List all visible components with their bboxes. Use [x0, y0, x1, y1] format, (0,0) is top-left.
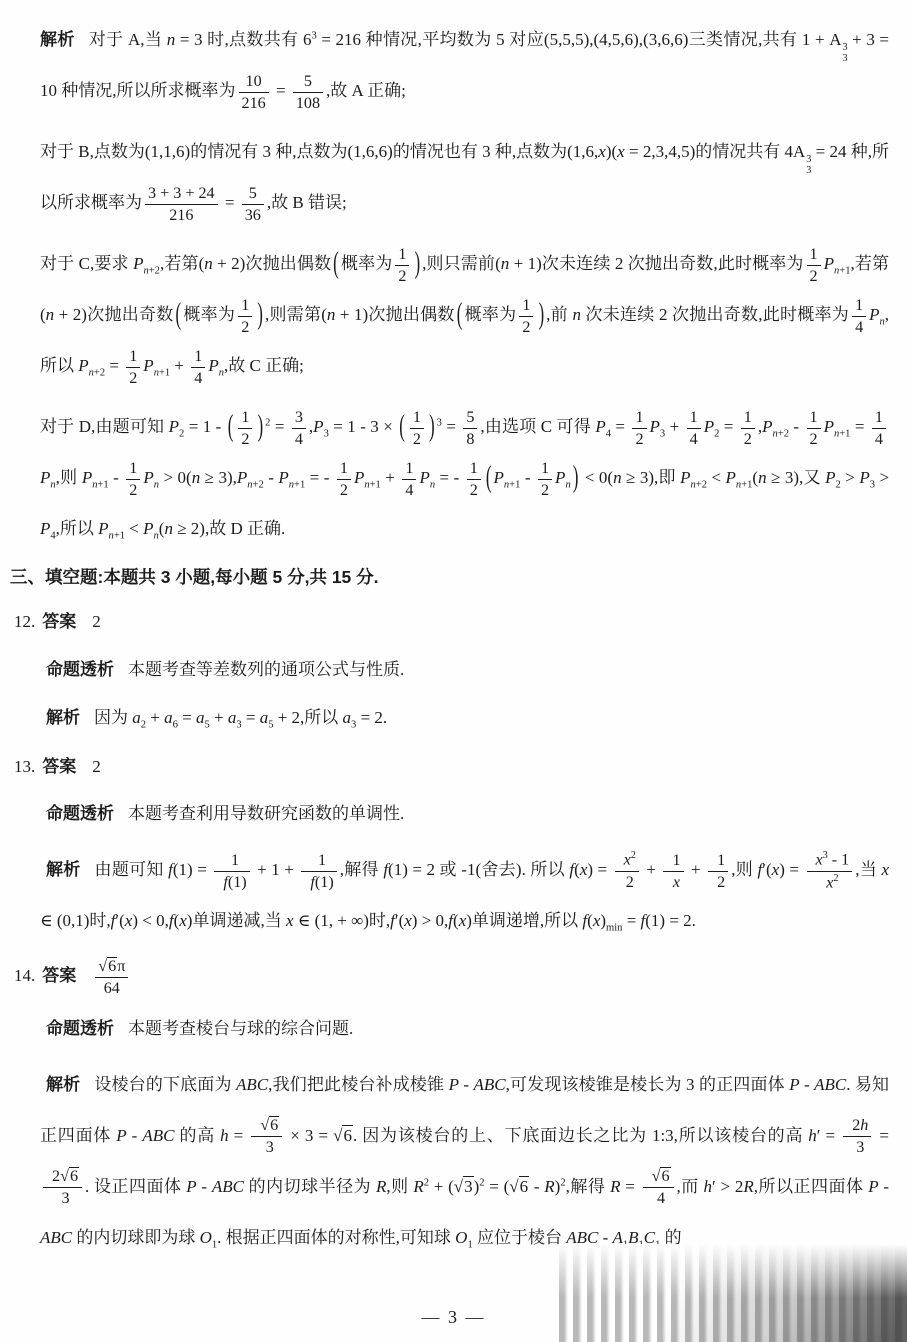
option-d-paragraph: 对于 D,由题可知 P2 = 1 - (12)2 = 34,P3 = 1 - 3…: [40, 401, 889, 554]
insight-label: 命题透析: [46, 660, 114, 679]
answer-value: 2: [92, 612, 101, 631]
answer-label: 答案: [42, 612, 76, 631]
insight-label: 命题透析: [46, 1019, 114, 1038]
option-c-text: 对于 C,要求 Pn+2,若第(n + 2)次抛出偶数(概率为12),则只需前(…: [40, 254, 889, 375]
scanned-exam-solution-page: { "page": { "number_label": "— 3 —" }, "…: [0, 0, 907, 1342]
question-number: 14.: [14, 966, 35, 985]
analysis-label: 解析: [46, 1075, 80, 1094]
analysis-text: 因为 a2 + a6 = a5 + a3 = a5 + 2,所以 a3 = 2.: [94, 708, 387, 727]
insight-text: 本题考查利用导数研究函数的单调性.: [128, 804, 404, 823]
question-12-block: 12.答案2 命题透析本题考查等差数列的通项公式与性质. 解析因为 a2 + a…: [40, 604, 889, 736]
option-c-paragraph: 对于 C,要求 Pn+2,若第(n + 2)次抛出偶数(概率为12),则只需前(…: [40, 238, 889, 391]
insight-row-12: 命题透析本题考查等差数列的通项公式与性质.: [40, 652, 889, 688]
analysis-label: 解析: [46, 860, 81, 879]
insight-text: 本题考查等差数列的通项公式与性质.: [128, 660, 404, 679]
answer-value: √6π64: [92, 966, 131, 985]
analysis-label: 解析: [40, 30, 75, 49]
option-a-paragraph: 解析对于 A,当 n = 3 时,点数共有 63 = 216 种情况,平均数为 …: [40, 14, 889, 116]
question-number: 12.: [14, 612, 35, 631]
analysis-label: 解析: [46, 708, 80, 727]
insight-label: 命题透析: [46, 804, 114, 823]
answer-label: 答案: [42, 966, 76, 985]
page-content: 解析对于 A,当 n = 3 时,点数共有 63 = 216 种情况,平均数为 …: [0, 0, 907, 1263]
insight-row-14: 命题透析本题考查棱台与球的综合问题.: [40, 1011, 889, 1047]
answer-row-13: 13.答案2: [14, 749, 889, 785]
question-13-block: 13.答案2 命题透析本题考查利用导数研究函数的单调性. 解析由题可知 f(1)…: [40, 749, 889, 946]
section-heading: 三、填空题:本题共 3 小题,每小题 5 分,共 15 分.: [10, 564, 889, 590]
solution-11-analysis: 解析对于 A,当 n = 3 时,点数共有 63 = 216 种情况,平均数为 …: [40, 14, 889, 554]
answer-row-14: 14.答案√6π64: [14, 956, 889, 999]
answer-row-12: 12.答案2: [14, 604, 889, 640]
analysis-text: 设棱台的下底面为 ABC,我们把此棱台补成棱锥 P - ABC,可发现该棱锥是棱…: [40, 1075, 889, 1247]
page-number: — 3 —: [0, 1307, 907, 1328]
analysis-row-12: 解析因为 a2 + a6 = a5 + a3 = a5 + 2,所以 a3 = …: [40, 700, 889, 737]
answer-value: 2: [92, 757, 101, 776]
answer-label: 答案: [42, 757, 76, 776]
analysis-text: 由题可知 f(1) = 1f(1) + 1 + 1f(1),解得 f(1) = …: [40, 860, 889, 930]
option-a-text: 对于 A,当 n = 3 时,点数共有 63 = 216 种情况,平均数为 5 …: [40, 30, 889, 100]
option-b-text: 对于 B,点数为(1,1,6)的情况有 3 种,点数为(1,6,6)的情况也有 …: [40, 142, 889, 212]
insight-row-13: 命题透析本题考查利用导数研究函数的单调性.: [40, 796, 889, 832]
analysis-row-13: 解析由题可知 f(1) = 1f(1) + 1 + 1f(1),解得 f(1) …: [40, 844, 889, 946]
option-d-text: 对于 D,由题可知 P2 = 1 - (12)2 = 34,P3 = 1 - 3…: [40, 417, 889, 538]
question-number: 13.: [14, 757, 35, 776]
question-14-block: 14.答案√6π64 命题透析本题考查棱台与球的综合问题. 解析设棱台的下底面为…: [40, 956, 889, 1263]
insight-text: 本题考查棱台与球的综合问题.: [128, 1019, 353, 1038]
option-b-paragraph: 对于 B,点数为(1,1,6)的情况有 3 种,点数为(1,6,6)的情况也有 …: [40, 126, 889, 228]
analysis-row-14: 解析设棱台的下底面为 ABC,我们把此棱台补成棱锥 P - ABC,可发现该棱锥…: [40, 1059, 889, 1263]
